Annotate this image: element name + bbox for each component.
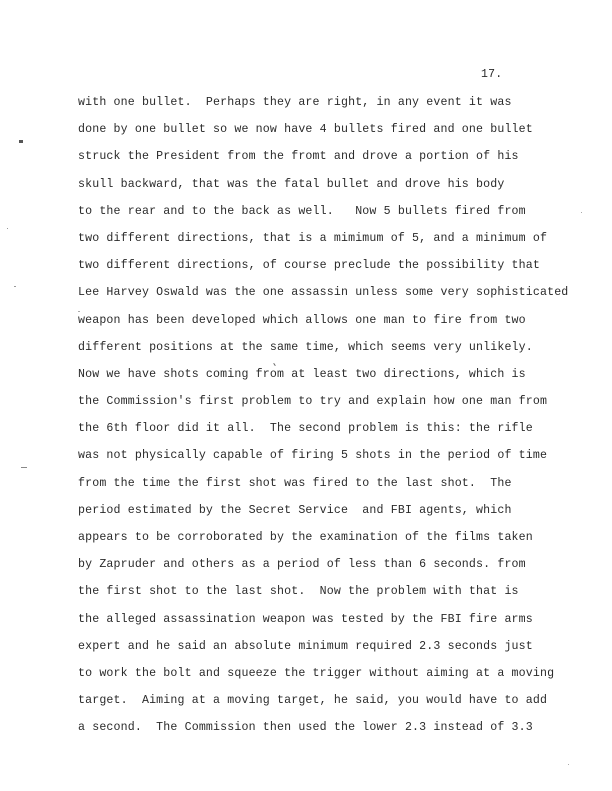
text-line: two different directions, of course prec… bbox=[78, 258, 568, 285]
margin-mark-icon bbox=[19, 140, 23, 143]
text-line: the 6th floor did it all. The second pro… bbox=[78, 421, 568, 448]
text-line: done by one bullet so we now have 4 bull… bbox=[78, 122, 568, 149]
scan-speck bbox=[78, 311, 80, 312]
text-line: with one bullet. Perhaps they are right,… bbox=[78, 95, 568, 122]
scan-speck bbox=[14, 286, 16, 287]
text-line: two different directions, that is a mimi… bbox=[78, 231, 568, 258]
text-line: expert and he said an absolute minimum r… bbox=[78, 639, 568, 666]
text-line: struck the President from the fromt and … bbox=[78, 149, 568, 176]
text-line: to the rear and to the back as well. Now… bbox=[78, 204, 568, 231]
body-text: with one bullet. Perhaps they are right,… bbox=[78, 95, 568, 748]
margin-dash-mark bbox=[21, 467, 27, 468]
text-line: target. Aiming at a moving target, he sa… bbox=[78, 693, 568, 720]
text-line: by Zapruder and others as a period of le… bbox=[78, 557, 568, 584]
text-line: skull backward, that was the fatal bulle… bbox=[78, 177, 568, 204]
text-line: was not physically capable of firing 5 s… bbox=[78, 448, 568, 475]
scan-speck bbox=[7, 228, 8, 229]
scan-speck bbox=[568, 764, 569, 765]
text-line: to work the bolt and squeeze the trigger… bbox=[78, 666, 568, 693]
text-line: Now we have shots coming from at least t… bbox=[78, 367, 568, 394]
scan-speck bbox=[581, 212, 582, 213]
text-line: the Commission's first problem to try an… bbox=[78, 394, 568, 421]
document-page: 17. with one bullet. Perhaps they are ri… bbox=[0, 0, 612, 791]
text-line: from the time the first shot was fired t… bbox=[78, 476, 568, 503]
text-line: Lee Harvey Oswald was the one assassin u… bbox=[78, 285, 568, 312]
page-number: 17. bbox=[481, 68, 502, 81]
text-line: the alleged assassination weapon was tes… bbox=[78, 612, 568, 639]
text-line: weapon has been developed which allows o… bbox=[78, 313, 568, 340]
text-line: appears to be corroborated by the examin… bbox=[78, 530, 568, 557]
text-line: a second. The Commission then used the l… bbox=[78, 720, 568, 747]
text-line: period estimated by the Secret Service a… bbox=[78, 503, 568, 530]
text-line: the first shot to the last shot. Now the… bbox=[78, 584, 568, 611]
text-line: different positions at the same time, wh… bbox=[78, 340, 568, 367]
